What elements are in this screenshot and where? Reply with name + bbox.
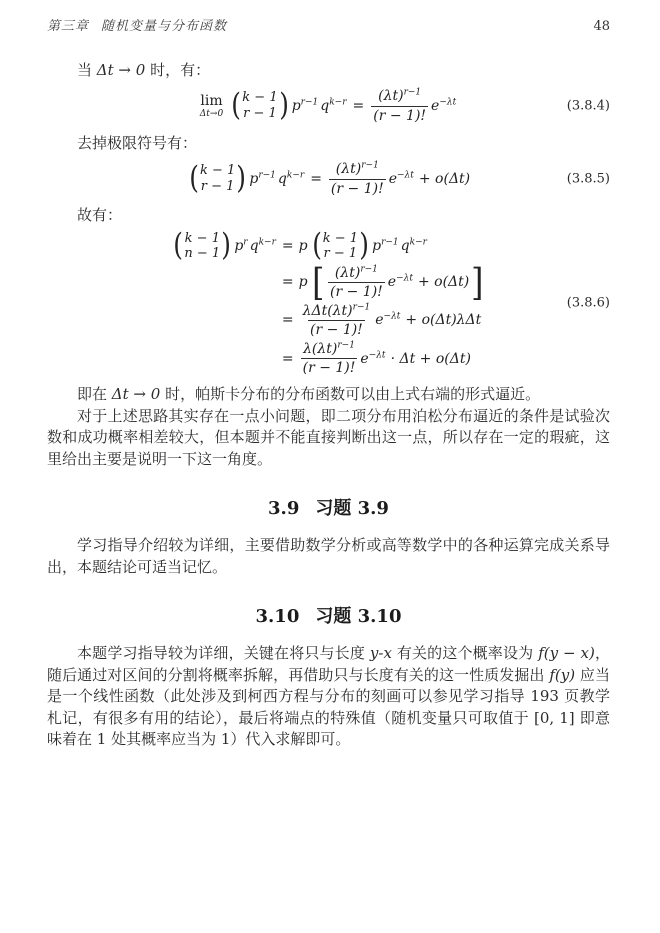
eq386-row2-rhs: = p (λt)r−1 (r − 1)! e−λt + o(Δt) [277,265,486,300]
eq386-row1-rhs: = p k − 1 r − 1 pr−1 qk−r [277,231,486,262]
binomial-coefficient: k − 1 r − 1 [311,231,371,262]
left-bracket [312,265,324,300]
scanned-document-page: { "header": { "chapter_label": "第三章", "c… [0,0,660,933]
paragraph-conclusion: 即在 Δt → 0 时，帕斯卡分布的分布函数可以由上式右端的形式逼近。 [47,384,610,406]
coefficient-p: p [299,238,308,254]
section-heading-3-10: 3.10习题 3.10 [47,602,610,628]
equation-label: (3.8.4) [567,99,610,114]
right-paren [359,231,369,260]
binom-bottom: n − 1 [184,246,220,262]
section-number: 3.9 [268,498,299,519]
q-power-term: qk−r [401,238,427,254]
q-power-term: qk−r [250,238,276,254]
exponential-term: e−λt [375,312,400,328]
equation-label: (3.8.6) [567,296,610,311]
lead-line: 故有： [47,205,610,227]
exponential-term: e−λt [360,351,385,367]
section-title: 习题 3.9 [315,498,389,519]
dt-little-o-term: · Δt + o(Δt) [391,351,471,367]
chapter-heading: 第三章随机变量与分布函数 [47,15,227,34]
p-power-term: pr [234,238,247,254]
little-o-term: + o(Δt)λΔt [405,312,481,328]
fraction: (λt)r−1 (r − 1)! [371,88,428,123]
lim-subscript: Δt→0 [200,110,223,119]
right-paren [279,91,289,120]
right-paren [221,231,231,260]
equation-3-8-4: lim Δt→0 k − 1 r − 1 pr−1 qk−r = (λt)r−1… [47,84,610,129]
fraction: λΔt(λt)r−1 (r − 1)! [301,303,373,338]
equals-sign: = [282,274,294,290]
coefficient-p: p [299,274,308,290]
left-paren [312,231,322,260]
equation-label: (3.8.5) [567,172,610,187]
equals-sign: = [310,171,322,187]
exponential-term: e−λt [388,274,413,290]
page-header: 第三章随机变量与分布函数 48 [47,15,610,34]
section-number: 3.10 [256,606,300,627]
intro-line: 当 Δt → 0 时，有： [47,60,610,82]
exponential-term: e−λt [389,171,414,187]
p-power-term: pr−1 [249,171,276,187]
eq386-row3-rhs: = λΔt(λt)r−1 (r − 1)! e−λt + o(Δt)λΔt [277,303,486,338]
chapter-number: 第三章 [47,19,89,34]
binom-bottom: r − 1 [201,179,235,195]
limit-operator: lim Δt→0 [200,94,223,119]
equation-3-8-6: k − 1 n − 1 pr qk−r = p k − 1 r − 1 [47,231,610,377]
eq386-row4-lhs [171,341,277,376]
section-3-9-body: 学习指导介绍较为详细，主要借助数学分析或高等数学中的各种运算完成关系导出，本题结… [47,535,610,578]
fraction: (λt)r−1 (r − 1)! [328,265,385,300]
little-o-term: + o(Δt) [419,171,470,187]
equals-sign: = [282,351,294,367]
left-paren [189,164,199,193]
right-bracket [471,265,483,300]
left-paren [231,91,241,120]
page-number: 48 [593,19,610,34]
eq386-row4-rhs: = λ(λt)r−1 (r − 1)! e−λt · Δt + o(Δt) [277,341,486,376]
aligned-equation-rows: k − 1 n − 1 pr qk−r = p k − 1 r − 1 [171,231,485,377]
lead-line: 去掉极限符号有： [47,133,610,155]
chapter-title: 随机变量与分布函数 [101,19,227,34]
p-power-term: pr−1 [372,238,399,254]
fraction: λ(λt)r−1 (r − 1)! [301,341,358,376]
page: 第三章随机变量与分布函数 48 当 Δt → 0 时，有： lim Δt→0 k… [0,0,660,933]
binom-top: k − 1 [185,231,220,247]
fraction: (λt)r−1 (r − 1)! [329,161,386,196]
left-paren [174,231,184,260]
exponential-term: e−λt [431,98,456,114]
q-power-term: qk−r [320,98,346,114]
eq386-row3-lhs [171,303,277,338]
equals-sign: = [282,312,294,328]
binomial-coefficient: k − 1 n − 1 [172,231,232,262]
eq386-row2-lhs [171,265,277,300]
p-power-term: pr−1 [292,98,319,114]
section-heading-3-9: 3.9习题 3.9 [47,494,610,520]
binom-top: k − 1 [242,90,277,106]
eq386-row1-lhs: k − 1 n − 1 pr qk−r [171,231,277,262]
binomial-coefficient: k − 1 r − 1 [230,90,290,121]
lim-word: lim [200,94,222,108]
binom-top: k − 1 [200,163,235,179]
equation-3-8-5: k − 1 r − 1 pr−1 qk−r = (λt)r−1 (r − 1)!… [47,156,610,202]
binom-bottom: r − 1 [324,246,358,262]
little-o-term: + o(Δt) [418,274,469,290]
right-paren [236,164,246,193]
section-title: 习题 3.10 [315,606,401,627]
q-power-term: qk−r [278,171,304,187]
section-3-10-body: 本题学习指导较为详细，关键在将只与长度 y-x 有关的这个概率设为 f(y − … [47,643,610,751]
binom-top: k − 1 [323,231,358,247]
binom-bottom: r − 1 [243,106,277,122]
binomial-coefficient: k − 1 r − 1 [188,163,248,194]
equals-sign: = [353,98,365,114]
paragraph-remark: 对于上述思路其实存在一点小问题，即二项分布用泊松分布逼近的条件是试验次数和成功概… [47,406,610,471]
equals-sign: = [282,238,294,254]
